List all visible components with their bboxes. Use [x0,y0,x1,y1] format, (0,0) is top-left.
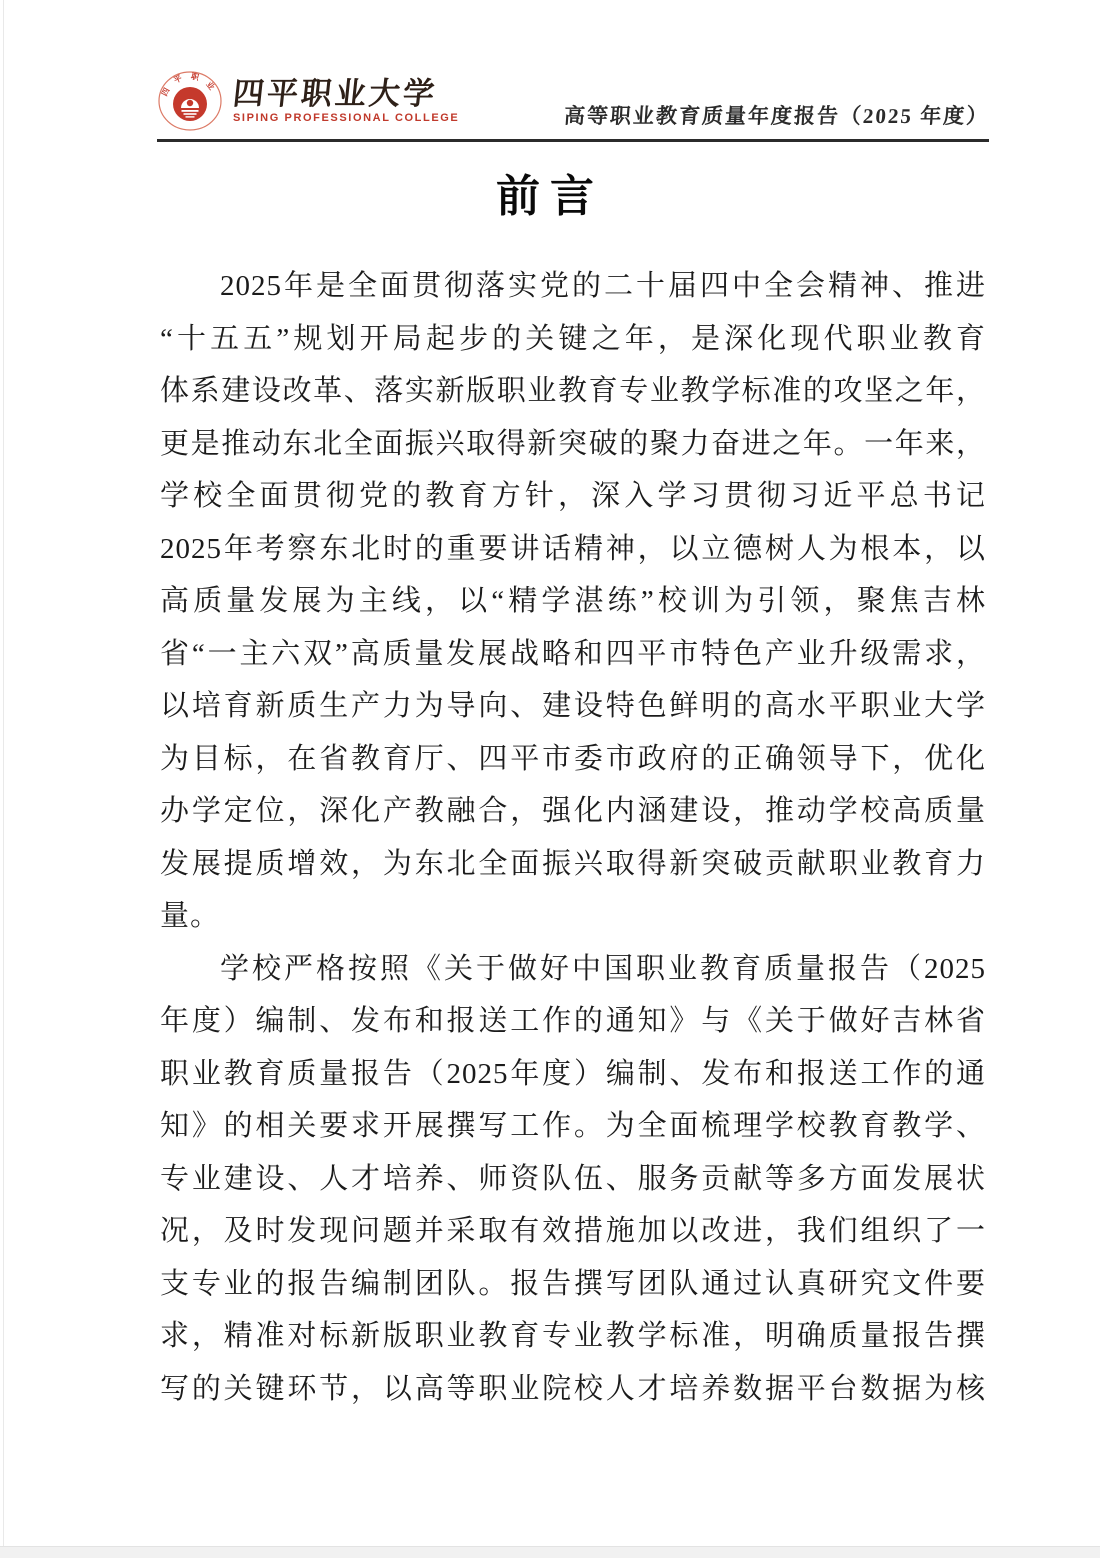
text-line: 以培育新质生产力为导向、建设特色鲜明的高水平职业大学 [160,680,986,733]
school-brand: 四 平 职 业 大 学 四平职业大学 SIPING PROFESSIONAL C… [157,70,459,132]
text-line: 发展提质增效，为东北全面振兴取得新突破贡献职业教育力 [160,838,986,891]
school-name-en: SIPING PROFESSIONAL COLLEGE [233,111,459,125]
text-line: 2025年考察东北时的重要讲话精神，以立德树人为根本，以 [160,523,986,576]
school-names: 四平职业大学 SIPING PROFESSIONAL COLLEGE [233,77,459,125]
page-header: 四 平 职 业 大 学 四平职业大学 SIPING PROFESSIONAL C… [157,70,989,142]
text-line: 2025年是全面贯彻落实党的二十届四中全会精神、推进 [160,260,986,313]
report-page: 四 平 职 业 大 学 四平职业大学 SIPING PROFESSIONAL C… [0,0,1100,1558]
paragraph: 学校严格按照《关于做好中国职业教育质量报告（2025年度）编制、发布和报送工作的… [160,943,986,1416]
text-line: 支专业的报告编制团队。报告撰写团队通过认真研究文件要 [160,1258,986,1311]
text-line: 省“一主六双”高质量发展战略和四平市特色产业升级需求， [160,628,986,681]
text-line: 量。 [160,890,986,943]
report-title: 高等职业教育质量年度报告（2025 年度） [563,100,990,132]
text-line: 职业教育质量报告（2025年度）编制、发布和报送工作的通 [160,1048,986,1101]
text-line: 专业建设、人才培养、师资队伍、服务贡献等多方面发展状 [160,1153,986,1206]
page-bottom-edge [0,1546,1100,1558]
page-left-edge [3,0,4,1546]
text-line: 体系建设改革、落实新版职业教育专业教学标准的攻坚之年， [160,365,986,418]
paragraph: 2025年是全面贯彻落实党的二十届四中全会精神、推进“十五五”规划开局起步的关键… [160,260,986,943]
body-text: 2025年是全面贯彻落实党的二十届四中全会精神、推进“十五五”规划开局起步的关键… [160,260,986,1415]
text-line: 写的关键环节，以高等职业院校人才培养数据平台数据为核 [160,1363,986,1416]
text-line: “十五五”规划开局起步的关键之年，是深化现代职业教育 [160,313,986,366]
school-emblem-icon: 四 平 职 业 大 学 [157,70,223,132]
text-line: 办学定位，深化产教融合，强化内涵建设，推动学校高质量 [160,785,986,838]
text-line: 知》的相关要求开展撰写工作。为全面梳理学校教育教学、 [160,1100,986,1153]
text-line: 高质量发展为主线，以“精学湛练”校训为引领，聚焦吉林 [160,575,986,628]
text-line: 学校全面贯彻党的教育方针，深入学习贯彻习近平总书记 [160,470,986,523]
text-line: 况，及时发现问题并采取有效措施加以改进，我们组织了一 [160,1205,986,1258]
page-title: 前言 [0,160,1100,224]
text-line: 学校严格按照《关于做好中国职业教育质量报告（2025 [160,943,986,996]
text-line: 为目标，在省教育厅、四平市委市政府的正确领导下，优化 [160,733,986,786]
school-name-zh: 四平职业大学 [231,77,461,111]
text-line: 更是推动东北全面振兴取得新突破的聚力奋进之年。一年来， [160,418,986,471]
text-line: 求，精准对标新版职业教育专业教学标准，明确质量报告撰 [160,1310,986,1363]
text-line: 年度）编制、发布和报送工作的通知》与《关于做好吉林省 [160,995,986,1048]
